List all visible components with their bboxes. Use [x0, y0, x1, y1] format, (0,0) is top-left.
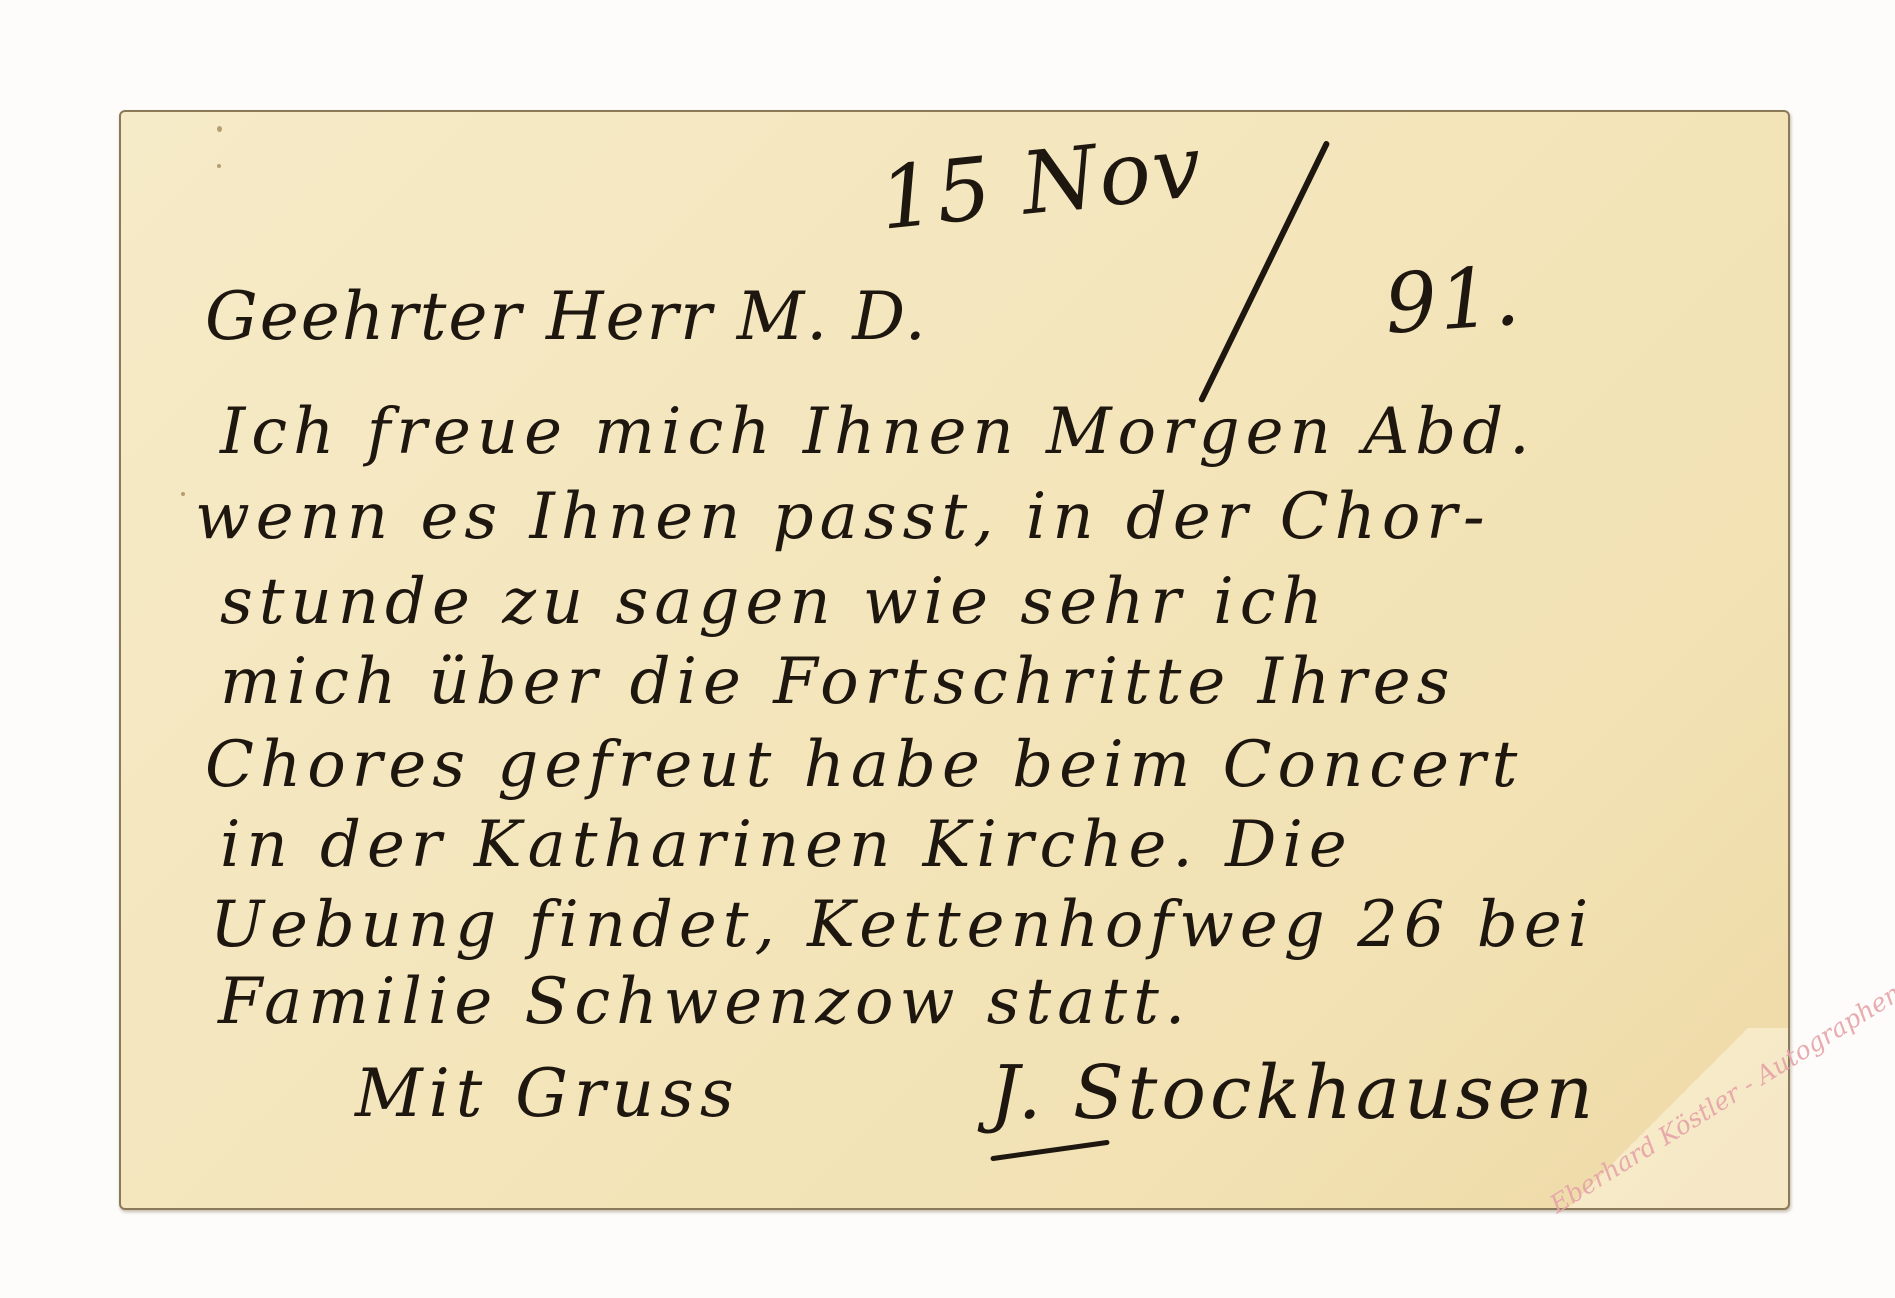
- greeting: Geehrter Herr M. D.: [205, 278, 928, 355]
- body-line-2: wenn es Ihnen passt, in der Chor-: [195, 480, 1491, 554]
- closing: Mit Gruss: [355, 1055, 740, 1132]
- body-line-1: Ich freue mich Ihnen Morgen Abd.: [220, 395, 1536, 469]
- body-line-7: Uebung findet, Kettenhofweg 26 bei: [210, 888, 1594, 962]
- date-year: 91.: [1382, 249, 1525, 353]
- ink-speck: [217, 164, 221, 168]
- ink-speck: [217, 126, 222, 132]
- body-line-3: stunde zu sagen wie sehr ich: [220, 565, 1329, 639]
- body-line-5: Chores gefreut habe beim Concert: [205, 728, 1523, 802]
- body-line-6: in der Katharinen Kirche. Die: [220, 808, 1353, 882]
- body-line-8: Familie Schwenzow statt.: [218, 965, 1191, 1039]
- ink-speck: [181, 492, 185, 496]
- page-stage: 15 Nov 91. Geehrter Herr M. D. Ich freue…: [0, 0, 1895, 1298]
- signature: J. Stockhausen: [990, 1050, 1597, 1136]
- body-line-4: mich über die Fortschritte Ihres: [220, 645, 1455, 719]
